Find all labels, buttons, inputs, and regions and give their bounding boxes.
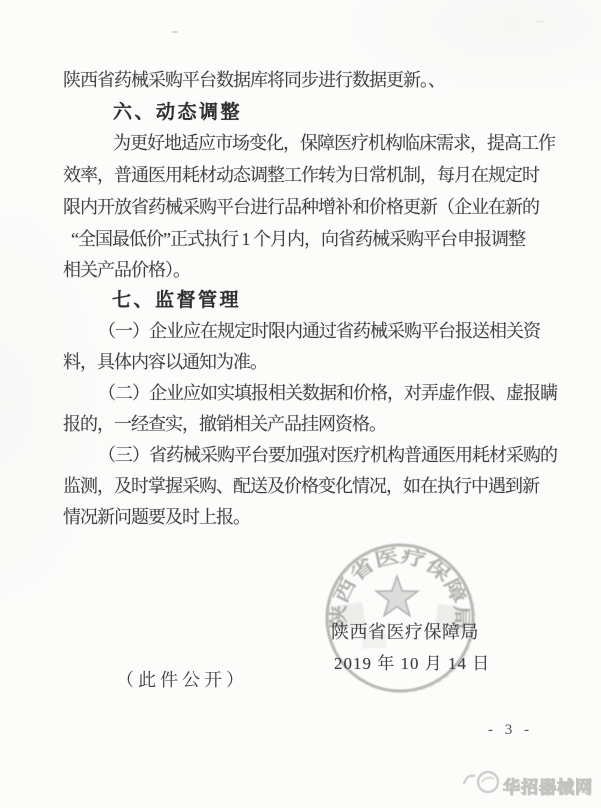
star-icon	[376, 576, 418, 616]
section6-line: “全国最低价”正式执行 1 个月内，向省药械采购平台申报调整	[71, 229, 525, 251]
section7-item3-line: （三）省药械采购平台要加强对医疗机构普通医用耗材采购的	[98, 445, 557, 467]
section6-line: 为更好地适应市场变化，保障医疗机构临床需求，提高工作	[113, 133, 555, 155]
section6-line: 效率，普通医用耗材动态调整工作转为日常机制，每月在规定时	[63, 165, 539, 187]
watermark-text: 华招器械网	[503, 773, 593, 798]
issuing-agency: 陕西省医疗保障局	[331, 618, 479, 644]
scanned-document-page: 陕西省药械采购平台数据库将同步进行数据更新。、 六、动态调整 为更好地适应市场变…	[0, 0, 601, 808]
huazhao-logo-icon	[458, 769, 502, 795]
scan-speck	[172, 31, 178, 33]
intro-line: 陕西省药械采购平台数据库将同步进行数据更新。、	[63, 70, 445, 92]
section7-item2-line: （二）企业应如实填报相关数据和价格，对弄虚作假、虚报瞒	[98, 383, 557, 405]
section6-heading: 六、动态调整	[113, 102, 242, 125]
section7-item2-line: 报的，一经查实，撤销相关产品挂网资格。	[63, 414, 386, 436]
section7-item3-line: 监测，及时掌握采购、配送及价格变化情况，如在执行中遇到新	[63, 476, 539, 498]
section7-heading: 七、监督管理	[112, 290, 241, 313]
section6-line: 限内开放省药械采购平台进行品种增补和价格更新（企业在新的	[63, 197, 539, 219]
section6-line: 相关产品价格）。	[63, 260, 190, 282]
section7-item1-line: 料，具体内容以通知为准。	[63, 352, 267, 374]
section7-item1-line: （一）企业应在规定时限内通过省药械采购平台报送相关资	[98, 321, 540, 343]
page-number: - 3 -	[488, 722, 533, 739]
section7-item3-line: 情况新问题要及时上报。	[63, 507, 250, 529]
public-disclosure-note: （此件公开）	[116, 666, 248, 692]
issue-date: 2019 年 10 月 14 日	[334, 649, 490, 674]
scan-speck	[536, 20, 544, 23]
